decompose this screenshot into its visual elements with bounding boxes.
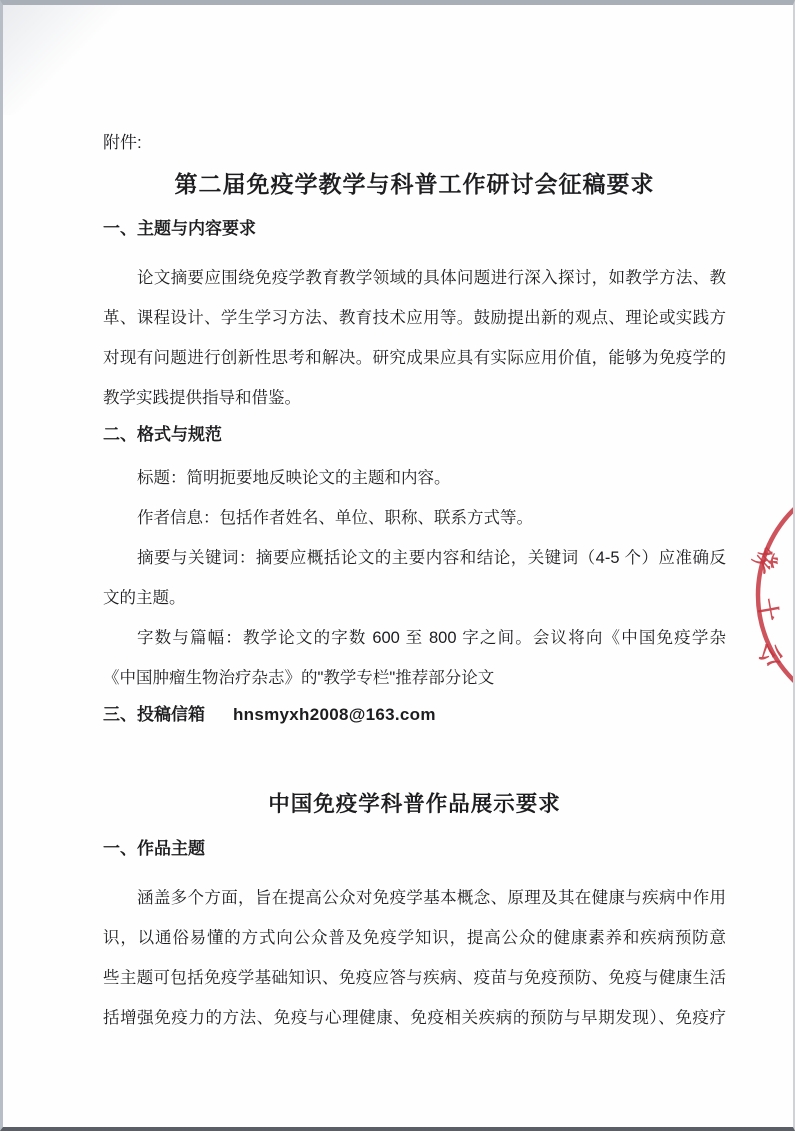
part1-section3-heading-row: 三、投稿信箱 hnsmyxh2008@163.com [103,702,726,728]
paragraph-line: 文的主题。 [103,578,726,618]
paragraph-line: 括增强免疫力的方法、免疫与心理健康、免疫相关疾病的预防与早期发现）、免疫疗法、 [103,998,726,1038]
part1-title: 第二届免疫学教学与科普工作研讨会征稿要求 [103,168,726,200]
part1-section2-heading: 二、格式与规范 [103,422,726,448]
part1-section2-paragraph: 标题：简明扼要地反映论文的主题和内容。 作者信息：包括作者姓名、单位、职称、联系… [103,458,726,698]
part1-section1-paragraph: 论文摘要应围绕免疫学教育教学领域的具体问题进行深入探讨，如教学方法、教学改 革、… [103,258,726,418]
paragraph-line: 涵盖多个方面，旨在提高公众对免疫学基本概念、原理及其在健康与疾病中作用的认 [103,878,726,918]
submission-mailbox-label: 三、投稿信箱 [103,702,205,728]
submission-email: hnsmyxh2008@163.com [233,705,436,725]
attachment-label: 附件: [103,132,726,154]
paragraph-line: 《中国肿瘤生物治疗杂志》的"教学专栏"推荐部分论文 [103,658,726,698]
part1-section1-heading: 一、主题与内容要求 [103,216,726,242]
part2-title: 中国免疫学科普作品展示要求 [103,788,726,820]
paragraph-line: 论文摘要应围绕免疫学教育教学领域的具体问题进行深入探讨，如教学方法、教学改 [103,258,726,298]
scan-corner-sheen [3,5,123,115]
paragraph-line: 革、课程设计、学生学习方法、教育技术应用等。鼓励提出新的观点、理论或实践方法， [103,298,726,338]
paragraph-line: 教学实践提供指导和借鉴。 [103,378,726,418]
part2-section1-heading: 一、作品主题 [103,836,726,862]
paragraph-line: 些主题可包括免疫学基础知识、免疫应答与疾病、疫苗与免疫预防、免疫与健康生活（包 [103,958,726,998]
paragraph-line: 对现有问题进行创新性思考和解决。研究成果应具有实际应用价值，能够为免疫学的教育 [103,338,726,378]
paragraph-line: 字数与篇幅：教学论文的字数 600 至 800 字之间。会议将向《中国免疫学杂志… [103,618,726,658]
part2-section1-paragraph: 涵盖多个方面，旨在提高公众对免疫学基本概念、原理及其在健康与疾病中作用的认 识，… [103,878,726,1038]
paragraph-line: 摘要与关键词：摘要应概括论文的主要内容和结论，关键词（4-5 个）应准确反映论 [103,538,726,578]
scanned-document-page: 附件: 第二届免疫学教学与科普工作研讨会征稿要求 一、主题与内容要求 论文摘要应… [0,0,795,1131]
paragraph-line: 识，以通俗易懂的方式向公众普及免疫学知识，提高公众的健康素养和疾病预防意识。这 [103,918,726,958]
paragraph-line: 作者信息：包括作者姓名、单位、职称、联系方式等。 [103,498,726,538]
paragraph-line: 标题：简明扼要地反映论文的主题和内容。 [103,458,726,498]
document-content: 附件: 第二届免疫学教学与科普工作研讨会征稿要求 一、主题与内容要求 论文摘要应… [3,132,793,1038]
